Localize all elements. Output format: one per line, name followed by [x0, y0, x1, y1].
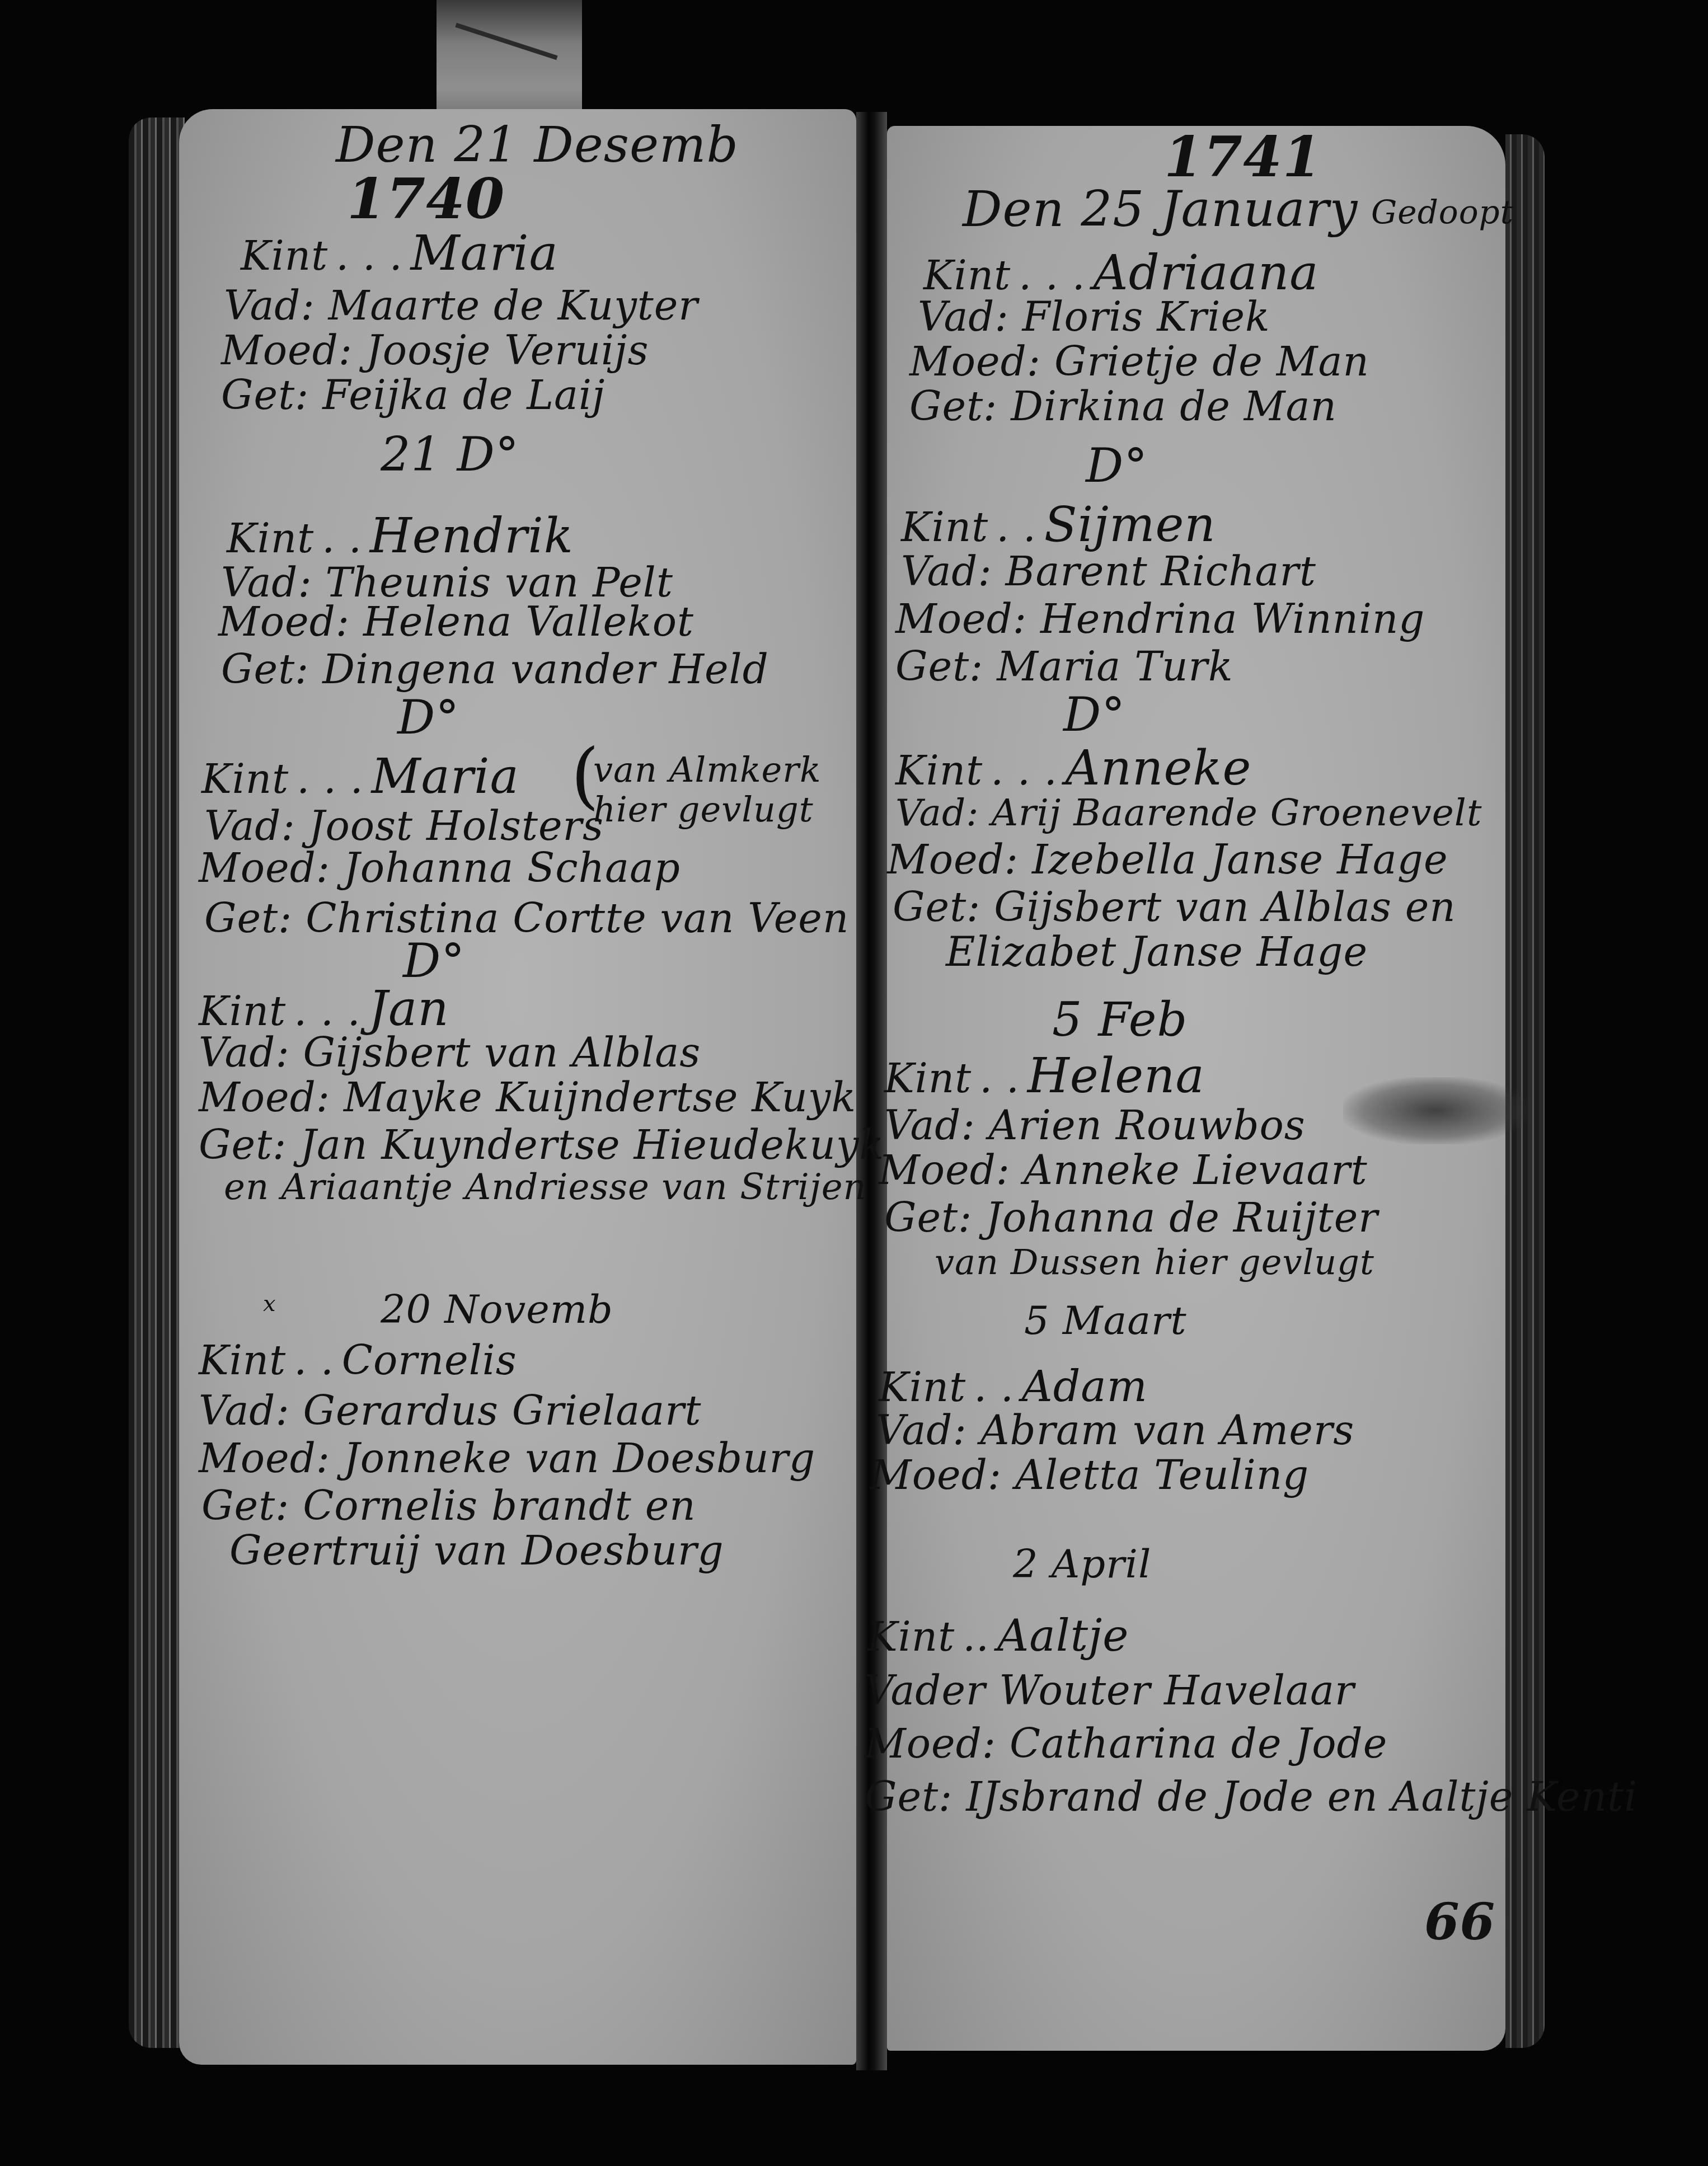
- label-mother: Moed:: [199, 1435, 330, 1482]
- label-mother: Moed:: [895, 595, 1027, 642]
- right-header-year: 1741: [1164, 129, 1322, 185]
- child-name: Jan: [369, 981, 449, 1037]
- father-name: Arien Rouwbos: [989, 1102, 1306, 1149]
- entry-date: 20 Novemb: [381, 1290, 613, 1329]
- label-kint: Kint: [227, 515, 314, 562]
- label-witness: Get:: [895, 643, 983, 690]
- label-mother: Moed:: [221, 327, 353, 374]
- ink-smudge: [1343, 1077, 1528, 1144]
- label-witness: Get:: [204, 895, 292, 942]
- label-kint: Kint: [199, 988, 286, 1035]
- entry-father-row: Vad: Barent Richart: [901, 551, 1316, 591]
- witness-continuation: van Dussen hier gevlugt: [935, 1245, 1374, 1280]
- margin-mark: x: [263, 1293, 276, 1315]
- entry-child-row: Kint..Aaltje: [867, 1614, 1129, 1658]
- child-name: Sijmen: [1044, 497, 1216, 553]
- label-witness: Get:: [884, 1194, 972, 1241]
- entry-child-row: Kint. . .Anneke: [895, 744, 1251, 792]
- label-mother: Moed:: [218, 598, 350, 645]
- label-witness: Get:: [893, 884, 980, 931]
- entry-child-row: Kint. .Sijmen: [901, 501, 1216, 549]
- witness-name: Dirkina de Man: [1011, 383, 1337, 430]
- mother-name: Grietje de Man: [1054, 338, 1369, 385]
- right-header-date: Den 25 January: [963, 185, 1358, 234]
- entry-mother-row: Moed: Catharina de Jode: [865, 1723, 1387, 1764]
- entry-father-row: Vad: Joost Holsters: [204, 806, 604, 846]
- label-witness: Get:: [865, 1773, 952, 1820]
- child-name: Aaltje: [997, 1611, 1129, 1661]
- entry-father-row: Vad: Arien Rouwbos: [884, 1105, 1306, 1145]
- father-name: Arij Baarende Groenevelt: [991, 791, 1482, 834]
- entry-mother-row: Moed: Helena Vallekot: [218, 602, 694, 642]
- entry-child-row: Kint. . .Adriaana: [923, 249, 1319, 297]
- entry-mother-row: Moed: Anneke Lievaart: [879, 1150, 1368, 1190]
- label-kint: Kint: [201, 755, 289, 802]
- entry-child-row: Kint. . .Maria: [201, 753, 519, 801]
- label-witness: Get:: [199, 1121, 287, 1168]
- label-father: Vad:: [224, 282, 315, 329]
- label-mother: Moed:: [199, 1074, 330, 1121]
- mother-name: Anneke Lievaart: [1024, 1147, 1368, 1194]
- child-name: Adam: [1022, 1361, 1148, 1411]
- father-name: Maarte de Kuyter: [329, 282, 698, 329]
- label-mother: Moed:: [879, 1147, 1010, 1194]
- witness-name: Christina Cortte van Veen: [306, 895, 849, 942]
- label-kint: Kint: [199, 1337, 286, 1384]
- entry-child-row: Kint. .Hendrik: [227, 512, 574, 560]
- entry-father-row: Vad: Gijsbert van Alblas: [199, 1032, 701, 1073]
- label-kint: Kint: [867, 1613, 955, 1660]
- father-name: Barent Richart: [1006, 548, 1316, 595]
- mother-name: Jonneke van Doesburg: [344, 1435, 815, 1482]
- child-name: Helena: [1027, 1048, 1205, 1104]
- entry-date: 5 Feb: [1052, 996, 1188, 1043]
- margin-note: van Almkerk hier gevlugt: [593, 750, 839, 830]
- left-page-edges: [129, 118, 185, 2048]
- witness-name: Cornelis brandt en: [303, 1482, 696, 1529]
- label-mother: Moed:: [870, 1451, 1002, 1498]
- father-name: Floris Kriek: [1022, 293, 1270, 340]
- witness-name: Gijsbert van Alblas en: [994, 884, 1456, 931]
- witness-continuation: en Ariaantje Andriesse van Strijen: [224, 1169, 867, 1205]
- label-father: Vad:: [895, 791, 979, 834]
- entry-child-row: Kint. . .Maria: [241, 229, 559, 278]
- entry-mother-row: Moed: Izebella Janse Hage: [887, 839, 1448, 880]
- child-name: Cornelis: [342, 1337, 517, 1384]
- entry-date: D°: [1086, 442, 1148, 489]
- entry-witness-row: Get: Jan Kuyndertse Hieudekuyk: [199, 1125, 884, 1165]
- label-kint: Kint: [241, 232, 328, 279]
- mother-name: Mayke Kuijndertse Kuyk: [344, 1074, 856, 1121]
- father-name: Gerardus Grielaart: [303, 1387, 702, 1434]
- entry-date: 5 Maart: [1024, 1301, 1187, 1340]
- father-name: Abram van Amers: [980, 1407, 1355, 1454]
- entry-mother-row: Moed: Jonneke van Doesburg: [199, 1438, 815, 1478]
- entry-date: 2 April: [1013, 1544, 1151, 1584]
- entry-date: D°: [403, 937, 465, 984]
- label-witness: Get:: [221, 372, 309, 419]
- entry-father-row: Vad: Theunis van Pelt: [221, 562, 673, 603]
- child-name: Maria: [411, 225, 559, 281]
- label-father: Vad:: [199, 1029, 290, 1076]
- entry-witness-row: Get: Dingena vander Held: [221, 649, 769, 689]
- left-header-date: Den 21 Desemb: [336, 120, 739, 170]
- entry-father-row: Vad: Maarte de Kuyter: [224, 285, 698, 326]
- label-father: Vad:: [901, 548, 992, 595]
- label-mother: Moed:: [199, 844, 330, 891]
- entry-child-row: Kint. .Helena: [884, 1052, 1205, 1100]
- label-mother: Moed:: [887, 836, 1019, 883]
- label-father: Vad:: [876, 1407, 967, 1454]
- entry-mother-row: Moed: Aletta Teuling: [870, 1455, 1309, 1495]
- witness-continuation: Geertruij van Doesburg: [229, 1530, 724, 1571]
- entry-child-row: Kint. .Cornelis: [199, 1340, 517, 1380]
- label-mother: Moed:: [909, 338, 1041, 385]
- entry-child-row: Kint. .Adam: [879, 1365, 1148, 1408]
- child-name: Adriaana: [1094, 245, 1319, 301]
- entry-witness-row: Get: Feijka de Laij: [221, 375, 605, 415]
- entry-father-row: Vad: Gerardus Grielaart: [199, 1390, 702, 1431]
- father-name: Wouter Havelaar: [999, 1667, 1354, 1714]
- label-kint: Kint: [879, 1364, 966, 1411]
- entry-mother-row: Moed: Hendrina Winning: [895, 599, 1425, 639]
- label-kint: Kint: [923, 252, 1011, 299]
- entry-father-row: Vad: Floris Kriek: [918, 297, 1270, 337]
- mother-name: Izebella Janse Hage: [1032, 836, 1448, 883]
- entry-witness-row: Get: Maria Turk: [895, 646, 1233, 687]
- tab-fold: [455, 23, 557, 60]
- label-kint: Kint: [884, 1055, 972, 1102]
- entry-father-row: Vad: Abram van Amers: [876, 1410, 1354, 1450]
- left-header-year: 1740: [347, 171, 505, 227]
- mother-name: Joosje Veruijs: [366, 327, 649, 374]
- entry-witness-row: Get: Dirkina de Man: [909, 386, 1337, 426]
- mother-name: Johanna Schaap: [344, 844, 681, 891]
- entry-witness-row: Get: Cornelis brandt en: [201, 1486, 696, 1526]
- entry-mother-row: Moed: Johanna Schaap: [199, 848, 681, 888]
- child-name: Hendrik: [370, 508, 574, 564]
- mother-name: Helena Vallekot: [363, 598, 694, 645]
- label-father: Vader: [865, 1667, 986, 1714]
- label-kint: Kint: [895, 747, 983, 794]
- label-father: Vad:: [918, 293, 1009, 340]
- witness-name: Maria Turk: [997, 643, 1233, 690]
- entry-mother-row: Moed: Mayke Kuijndertse Kuyk: [199, 1077, 856, 1117]
- father-name: Joost Holsters: [309, 802, 604, 849]
- witness-name: Dingena vander Held: [322, 646, 769, 693]
- label-mother: Moed:: [865, 1720, 996, 1767]
- mother-name: Aletta Teuling: [1015, 1451, 1309, 1498]
- witness-name: Feijka de Laij: [322, 372, 605, 419]
- label-witness: Get:: [221, 646, 309, 693]
- entry-date: D°: [397, 694, 459, 741]
- entry-date: D°: [1063, 691, 1125, 738]
- entry-witness-row: Get: Christina Cortte van Veen: [204, 898, 849, 938]
- mother-name: Catharina de Jode: [1010, 1720, 1387, 1767]
- entry-date: 21 D°: [381, 431, 519, 478]
- entry-child-row: Kint. . .Jan: [199, 985, 449, 1033]
- father-name: Gijsbert van Alblas: [303, 1029, 701, 1076]
- right-header-note: Gedoopt: [1371, 196, 1514, 228]
- entry-father-row: Vad: Arij Baarende Groenevelt: [895, 795, 1482, 831]
- child-name: Maria: [372, 749, 519, 805]
- label-witness: Get:: [201, 1482, 289, 1529]
- entry-father-row: Vader Wouter Havelaar: [865, 1670, 1354, 1711]
- mother-name: Hendrina Winning: [1040, 595, 1425, 642]
- entry-mother-row: Moed: Grietje de Man: [909, 341, 1369, 382]
- witness-continuation: Elizabet Janse Hage: [946, 932, 1368, 972]
- label-father: Vad:: [199, 1387, 290, 1434]
- label-kint: Kint: [901, 504, 988, 551]
- label-father: Vad:: [204, 802, 295, 849]
- label-witness: Get:: [909, 383, 997, 430]
- entry-witness-row: Get: Gijsbert van Alblas en: [893, 887, 1456, 927]
- witness-name: Jan Kuyndertse Hieudekuyk: [300, 1121, 884, 1168]
- witness-name: Johanna de Ruijter: [986, 1194, 1378, 1241]
- witness-name: IJsbrand de Jode en Aaltje Kenti: [966, 1773, 1637, 1820]
- page-number: 66: [1424, 1897, 1495, 1947]
- entry-witness-row: Get: IJsbrand de Jode en Aaltje Kenti: [865, 1777, 1637, 1817]
- entry-witness-row: Get: Johanna de Ruijter: [884, 1197, 1378, 1238]
- entry-mother-row: Moed: Joosje Veruijs: [221, 330, 649, 370]
- label-father: Vad:: [884, 1102, 975, 1149]
- child-name: Anneke: [1066, 740, 1252, 796]
